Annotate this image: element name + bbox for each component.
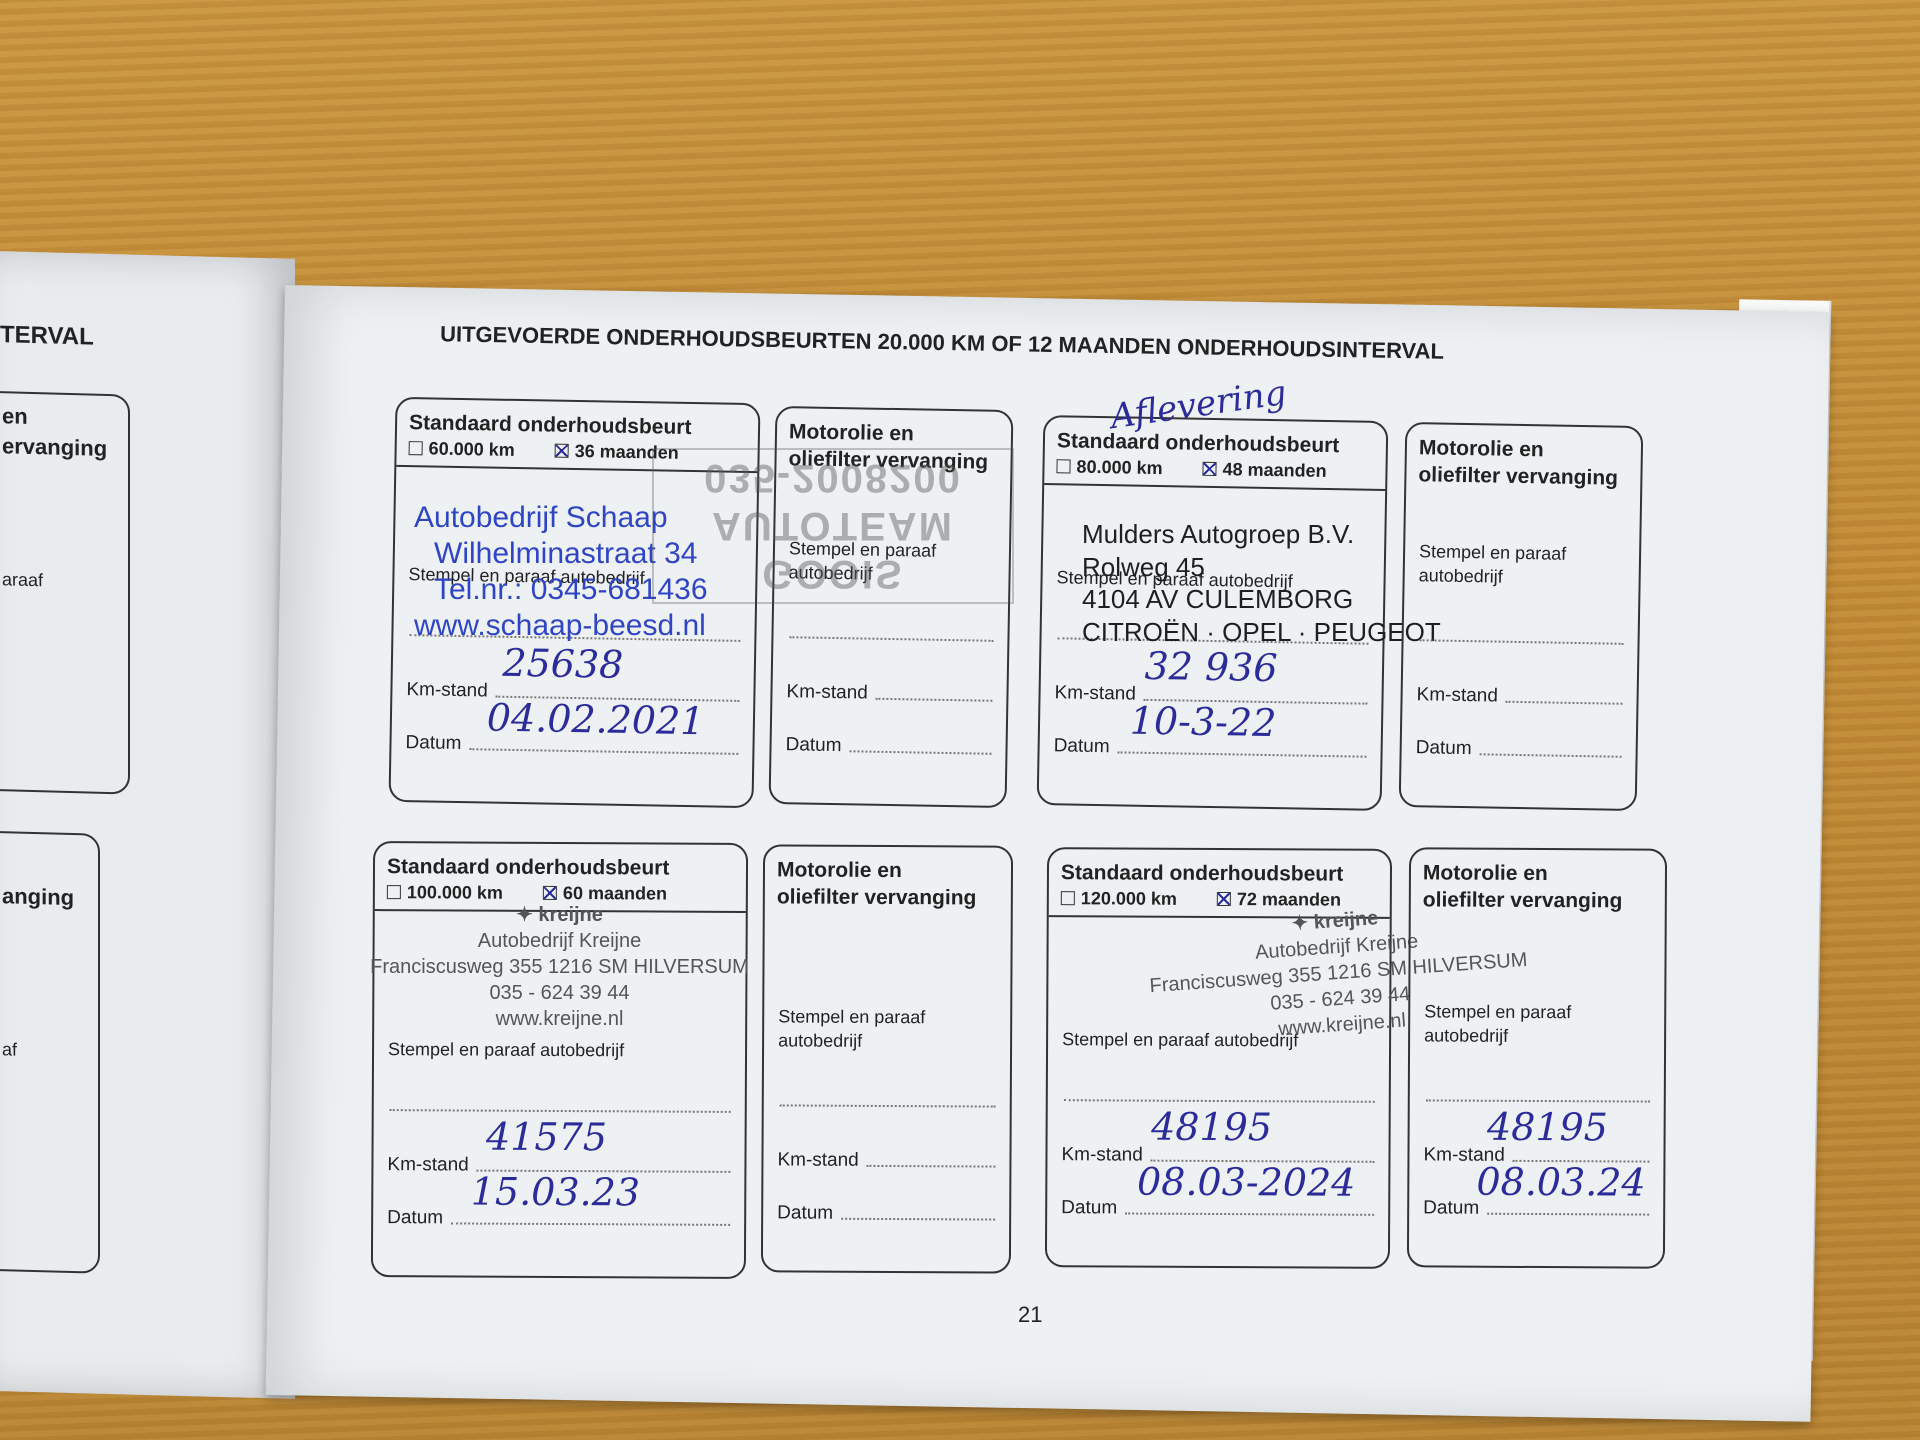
datum-label: Datum: [1423, 1197, 1479, 1219]
km-option[interactable]: 60.000 km: [408, 438, 514, 461]
km-stand-value: 48195: [1487, 1105, 1608, 1150]
signature-line[interactable]: [1064, 1099, 1375, 1103]
km-stand-label: Km-stand: [387, 1154, 468, 1176]
kreijne-logo: ✦ kreijne: [332, 902, 787, 928]
left-card-label: araaf: [0, 459, 128, 594]
km-stand-value: 25638: [502, 641, 624, 687]
datum-label: Datum: [405, 732, 461, 755]
datum-value: 08.03.24: [1476, 1160, 1645, 1205]
km-option[interactable]: 100.000 km: [387, 882, 503, 904]
left-card-top: en ervanging araaf: [0, 391, 130, 795]
stamp-label: Stempel en paraaf autobedrijf: [388, 1039, 624, 1061]
km-stand-label: Km-stand: [1061, 1144, 1142, 1166]
oil-card-4: Motorolie enoliefilter vervangingStempel…: [1399, 422, 1644, 811]
km-stand-value: 48195: [1151, 1105, 1272, 1150]
km-stand-field[interactable]: Km-stand: [786, 681, 992, 707]
stamp-label: Stempel en paraafautobedrijf: [1424, 999, 1571, 1048]
left-card-title-2: ervanging: [0, 429, 128, 463]
garage-stamp: Mulders Autogroep B.V.Rolweg 454104 AV C…: [1082, 518, 1441, 648]
km-option[interactable]: 80.000 km: [1056, 457, 1162, 480]
signature-line[interactable]: [1420, 639, 1624, 645]
left-card-label-2: af: [0, 909, 98, 1063]
checkbox-icon[interactable]: [409, 441, 423, 455]
datum-label: Datum: [387, 1207, 443, 1229]
card-title: Standaard onderhoudsbeurt: [1045, 417, 1387, 460]
checked-checkbox-icon[interactable]: [1202, 462, 1216, 476]
datum-label: Datum: [1053, 735, 1109, 758]
card-title: Motorolie enoliefilter vervanging: [1406, 424, 1641, 493]
datum-label: Datum: [1061, 1197, 1117, 1219]
oil-card-8: Motorolie enoliefilter vervangingStempel…: [1407, 847, 1667, 1268]
card-title: Motorolie enoliefilter vervanging: [765, 846, 1011, 912]
km-option[interactable]: 120.000 km: [1061, 888, 1177, 910]
months-option[interactable]: 72 maanden: [1217, 889, 1341, 911]
km-stand-label: Km-stand: [1416, 684, 1498, 707]
datum-value: 04.02.2021: [486, 695, 704, 743]
km-stand-value: 32 936: [1144, 644, 1278, 690]
stamp-label: Stempel en paraafautobedrijf: [778, 1004, 925, 1053]
card-title: Standaard onderhoudsbeurt: [375, 843, 746, 882]
garage-stamp: ✦ kreijneAutobedrijf KreijneFranciscuswe…: [332, 902, 787, 1032]
signature-line[interactable]: [1426, 1099, 1650, 1102]
left-card-title-3: anging: [0, 833, 98, 912]
checkbox-icon[interactable]: [1056, 460, 1070, 474]
km-stand-label: Km-stand: [1054, 682, 1136, 705]
left-card-title-1: en: [0, 393, 128, 433]
signature-line[interactable]: [789, 636, 993, 642]
left-page-heading: TERVAL: [0, 321, 94, 351]
mirrored-stamp-imprint: GOOISAUTOTEAM035-2008200: [652, 448, 1014, 604]
km-stand-value: 41575: [486, 1115, 607, 1160]
oil-card-6: Motorolie enoliefilter vervangingStempel…: [761, 844, 1013, 1273]
checked-checkbox-icon[interactable]: [555, 444, 569, 458]
datum-value: 08.03-2024: [1137, 1160, 1356, 1205]
km-stand-label: Km-stand: [406, 679, 488, 702]
datum-label: Datum: [1415, 737, 1471, 760]
card-title: Standaard onderhoudsbeurt: [397, 399, 759, 443]
card-title: Standaard onderhoudsbeurt: [1049, 849, 1390, 888]
datum-field[interactable]: Datum: [777, 1202, 995, 1225]
datum-field[interactable]: Datum: [1415, 737, 1621, 763]
km-stand-field[interactable]: Km-stand: [777, 1149, 995, 1172]
datum-label: Datum: [785, 734, 841, 757]
left-page: TERVAL en ervanging araaf anging af: [0, 251, 295, 1399]
datum-value: 10-3-22: [1129, 699, 1276, 746]
stamp-label: Stempel en paraafautobedrijf: [1418, 539, 1566, 590]
datum-field[interactable]: Datum: [785, 734, 991, 760]
card-title: Motorolie enoliefilter vervanging: [1411, 849, 1665, 915]
km-stand-label: Km-stand: [786, 681, 868, 704]
km-stand-label: Km-stand: [777, 1149, 858, 1171]
checkbox-icon[interactable]: [1061, 891, 1075, 905]
checkbox-icon[interactable]: [387, 885, 401, 899]
left-card-bottom: anging af: [0, 831, 100, 1274]
interval-options: 80.000 km 48 maanden: [1044, 454, 1385, 491]
page-number: 21: [1018, 1302, 1042, 1328]
datum-label: Datum: [777, 1202, 833, 1224]
km-stand-field[interactable]: Km-stand: [1416, 684, 1622, 710]
signature-line[interactable]: [780, 1104, 996, 1107]
months-option[interactable]: 48 maanden: [1202, 459, 1326, 482]
checked-checkbox-icon[interactable]: [543, 886, 557, 900]
datum-value: 15.03.23: [471, 1170, 640, 1215]
checked-checkbox-icon[interactable]: [1217, 892, 1231, 906]
signature-line[interactable]: [390, 1109, 731, 1113]
